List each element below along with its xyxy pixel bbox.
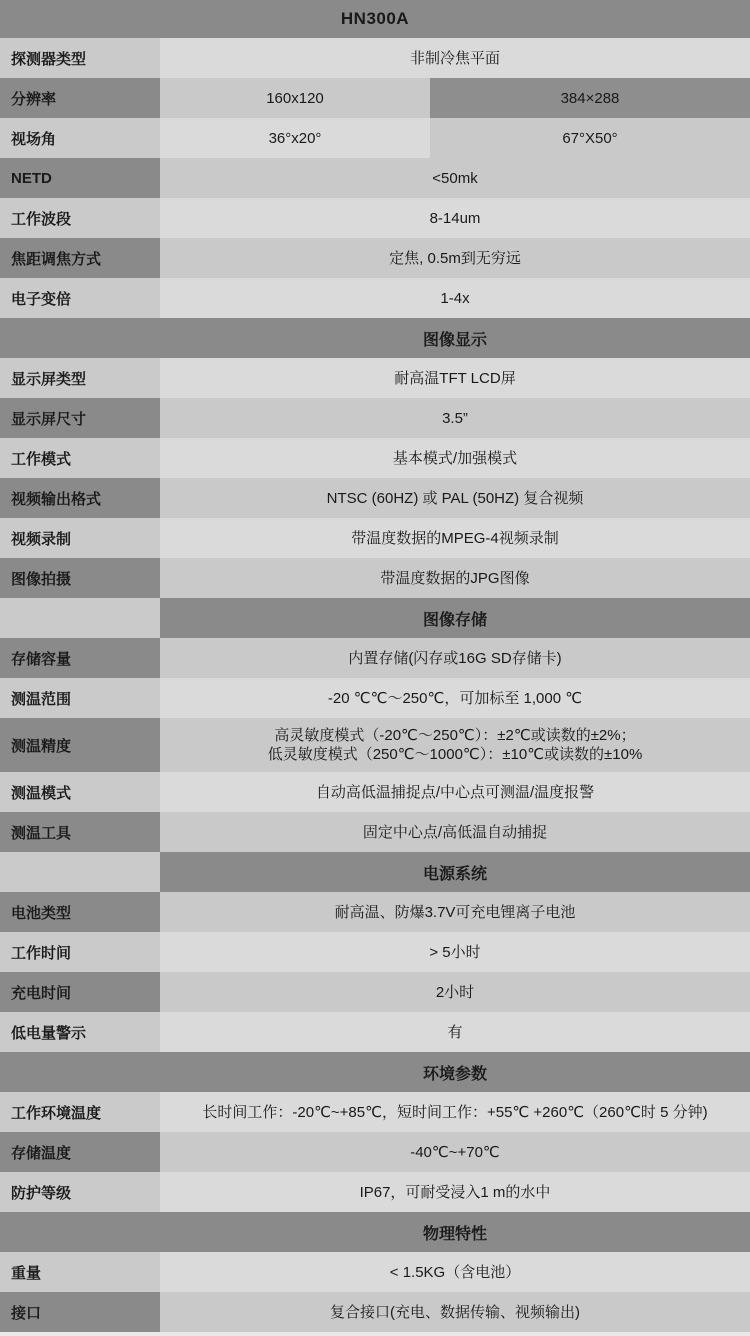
section-left-cell [0, 1212, 160, 1252]
spec-row: 电池类型耐高温、防爆3.7V可充电锂离子电池 [0, 892, 750, 932]
section-title: 环境参数 [160, 1052, 750, 1092]
spec-value: > 5小时 [160, 932, 750, 972]
spec-value: <50mk [160, 158, 750, 198]
spec-row: 工作波段8-14um [0, 198, 750, 238]
spec-label: 焦距调焦方式 [0, 238, 160, 278]
section-left-cell [0, 852, 160, 892]
spec-row: 接口复合接口(充电、数据传输、视频输出) [0, 1292, 750, 1332]
spec-label: 重量 [0, 1252, 160, 1292]
spec-label: 测温工具 [0, 812, 160, 852]
spec-label: 分辨率 [0, 78, 160, 118]
spec-table: 探测器类型非制冷焦平面分辨率160x120384×288视场角36°x20°67… [0, 38, 750, 1332]
spec-value: 带温度数据的JPG图像 [160, 558, 750, 598]
spec-label: 工作模式 [0, 438, 160, 478]
spec-row: 视场角36°x20°67°X50° [0, 118, 750, 158]
spec-row: 防护等级IP67，可耐受浸入1 m的水中 [0, 1172, 750, 1212]
spec-row: 电子变倍1-4x [0, 278, 750, 318]
spec-label: 测温精度 [0, 718, 160, 772]
page-bottom-strip [0, 1332, 750, 1336]
spec-value: 自动高低温捕捉点/中心点可测温/温度报警 [160, 772, 750, 812]
spec-value: 定焦, 0.5m到无穷远 [160, 238, 750, 278]
spec-label: 工作时间 [0, 932, 160, 972]
spec-label: 接口 [0, 1292, 160, 1332]
spec-value: 长时间工作：-20℃~+85℃，短时间工作：+55℃ +260℃（260℃时 5… [160, 1092, 750, 1132]
spec-label: 防护等级 [0, 1172, 160, 1212]
spec-label: 电池类型 [0, 892, 160, 932]
spec-row: 测温精度高灵敏度模式（-20℃～250℃）：±2℃或读数的±2%；低灵敏度模式（… [0, 718, 750, 772]
spec-label: 工作波段 [0, 198, 160, 238]
spec-label: 探测器类型 [0, 38, 160, 78]
spec-label: 视频输出格式 [0, 478, 160, 518]
spec-value: 非制冷焦平面 [160, 38, 750, 78]
spec-row: 显示屏尺寸3.5” [0, 398, 750, 438]
section-title: 图像存储 [160, 598, 750, 638]
spec-label: 存储温度 [0, 1132, 160, 1172]
spec-row: 工作环境温度长时间工作：-20℃~+85℃，短时间工作：+55℃ +260℃（2… [0, 1092, 750, 1132]
section-row: 图像显示 [0, 318, 750, 358]
spec-label: 测温模式 [0, 772, 160, 812]
spec-row: NETD<50mk [0, 158, 750, 198]
spec-label: 显示屏类型 [0, 358, 160, 398]
section-left-cell [0, 1052, 160, 1092]
spec-value: 1-4x [160, 278, 750, 318]
spec-row: 测温工具固定中心点/高低温自动捕捉 [0, 812, 750, 852]
spec-label: 测温范围 [0, 678, 160, 718]
spec-value: 3.5” [160, 398, 750, 438]
spec-row: 显示屏类型耐高温TFT LCD屏 [0, 358, 750, 398]
spec-row: 视频输出格式NTSC (60HZ) 或 PAL (50HZ) 复合视频 [0, 478, 750, 518]
spec-value: -40℃~+70℃ [160, 1132, 750, 1172]
spec-label: 图像拍摄 [0, 558, 160, 598]
spec-value: 基本模式/加强模式 [160, 438, 750, 478]
spec-row: 测温模式自动高低温捕捉点/中心点可测温/温度报警 [0, 772, 750, 812]
spec-value-col2: 67°X50° [430, 118, 750, 158]
section-title: 电源系统 [160, 852, 750, 892]
spec-value-col1: 160x120 [160, 78, 430, 118]
spec-value-col2: 384×288 [430, 78, 750, 118]
section-title: 图像显示 [160, 318, 750, 358]
spec-row: 视频录制带温度数据的MPEG-4视频录制 [0, 518, 750, 558]
spec-value-line: 低灵敏度模式（250℃～1000℃）：±10℃或读数的±10% [268, 745, 643, 764]
spec-label: 低电量警示 [0, 1012, 160, 1052]
spec-row: 分辨率160x120384×288 [0, 78, 750, 118]
spec-value: 耐高温、防爆3.7V可充电锂离子电池 [160, 892, 750, 932]
spec-row: 低电量警示有 [0, 1012, 750, 1052]
section-row: 图像存储 [0, 598, 750, 638]
spec-label: 视场角 [0, 118, 160, 158]
spec-row: 图像拍摄带温度数据的JPG图像 [0, 558, 750, 598]
spec-value: 内置存储(闪存或16G SD存储卡) [160, 638, 750, 678]
spec-value-col1: 36°x20° [160, 118, 430, 158]
spec-value: IP67，可耐受浸入1 m的水中 [160, 1172, 750, 1212]
spec-value: 固定中心点/高低温自动捕捉 [160, 812, 750, 852]
section-row: 物理特性 [0, 1212, 750, 1252]
spec-row: 工作模式基本模式/加强模式 [0, 438, 750, 478]
spec-label: NETD [0, 158, 160, 198]
spec-label: 电子变倍 [0, 278, 160, 318]
spec-value: -20 ℃℃～250℃，可加标至 1,000 ℃ [160, 678, 750, 718]
section-row: 电源系统 [0, 852, 750, 892]
spec-value: 有 [160, 1012, 750, 1052]
spec-row: 测温范围-20 ℃℃～250℃，可加标至 1,000 ℃ [0, 678, 750, 718]
page-title: HN300A [0, 0, 750, 38]
spec-value: 8-14um [160, 198, 750, 238]
spec-value: 高灵敏度模式（-20℃～250℃）：±2℃或读数的±2%；低灵敏度模式（250℃… [160, 718, 750, 772]
spec-sheet-page: HN300A 探测器类型非制冷焦平面分辨率160x120384×288视场角36… [0, 0, 750, 1336]
spec-row: 探测器类型非制冷焦平面 [0, 38, 750, 78]
section-left-cell [0, 318, 160, 358]
spec-row: 重量< 1.5KG（含电池） [0, 1252, 750, 1292]
spec-value: 带温度数据的MPEG-4视频录制 [160, 518, 750, 558]
spec-label: 存储容量 [0, 638, 160, 678]
spec-value: NTSC (60HZ) 或 PAL (50HZ) 复合视频 [160, 478, 750, 518]
spec-value: 耐高温TFT LCD屏 [160, 358, 750, 398]
spec-row: 工作时间> 5小时 [0, 932, 750, 972]
section-title: 物理特性 [160, 1212, 750, 1252]
spec-row: 存储温度-40℃~+70℃ [0, 1132, 750, 1172]
spec-value-line: 高灵敏度模式（-20℃～250℃）：±2℃或读数的±2%； [274, 726, 635, 745]
spec-label: 视频录制 [0, 518, 160, 558]
section-left-cell [0, 598, 160, 638]
spec-label: 工作环境温度 [0, 1092, 160, 1132]
spec-row: 焦距调焦方式定焦, 0.5m到无穷远 [0, 238, 750, 278]
spec-row: 存储容量内置存储(闪存或16G SD存储卡) [0, 638, 750, 678]
spec-value: < 1.5KG（含电池） [160, 1252, 750, 1292]
spec-label: 充电时间 [0, 972, 160, 1012]
spec-value: 复合接口(充电、数据传输、视频输出) [160, 1292, 750, 1332]
spec-label: 显示屏尺寸 [0, 398, 160, 438]
spec-value: 2小时 [160, 972, 750, 1012]
section-row: 环境参数 [0, 1052, 750, 1092]
spec-row: 充电时间2小时 [0, 972, 750, 1012]
